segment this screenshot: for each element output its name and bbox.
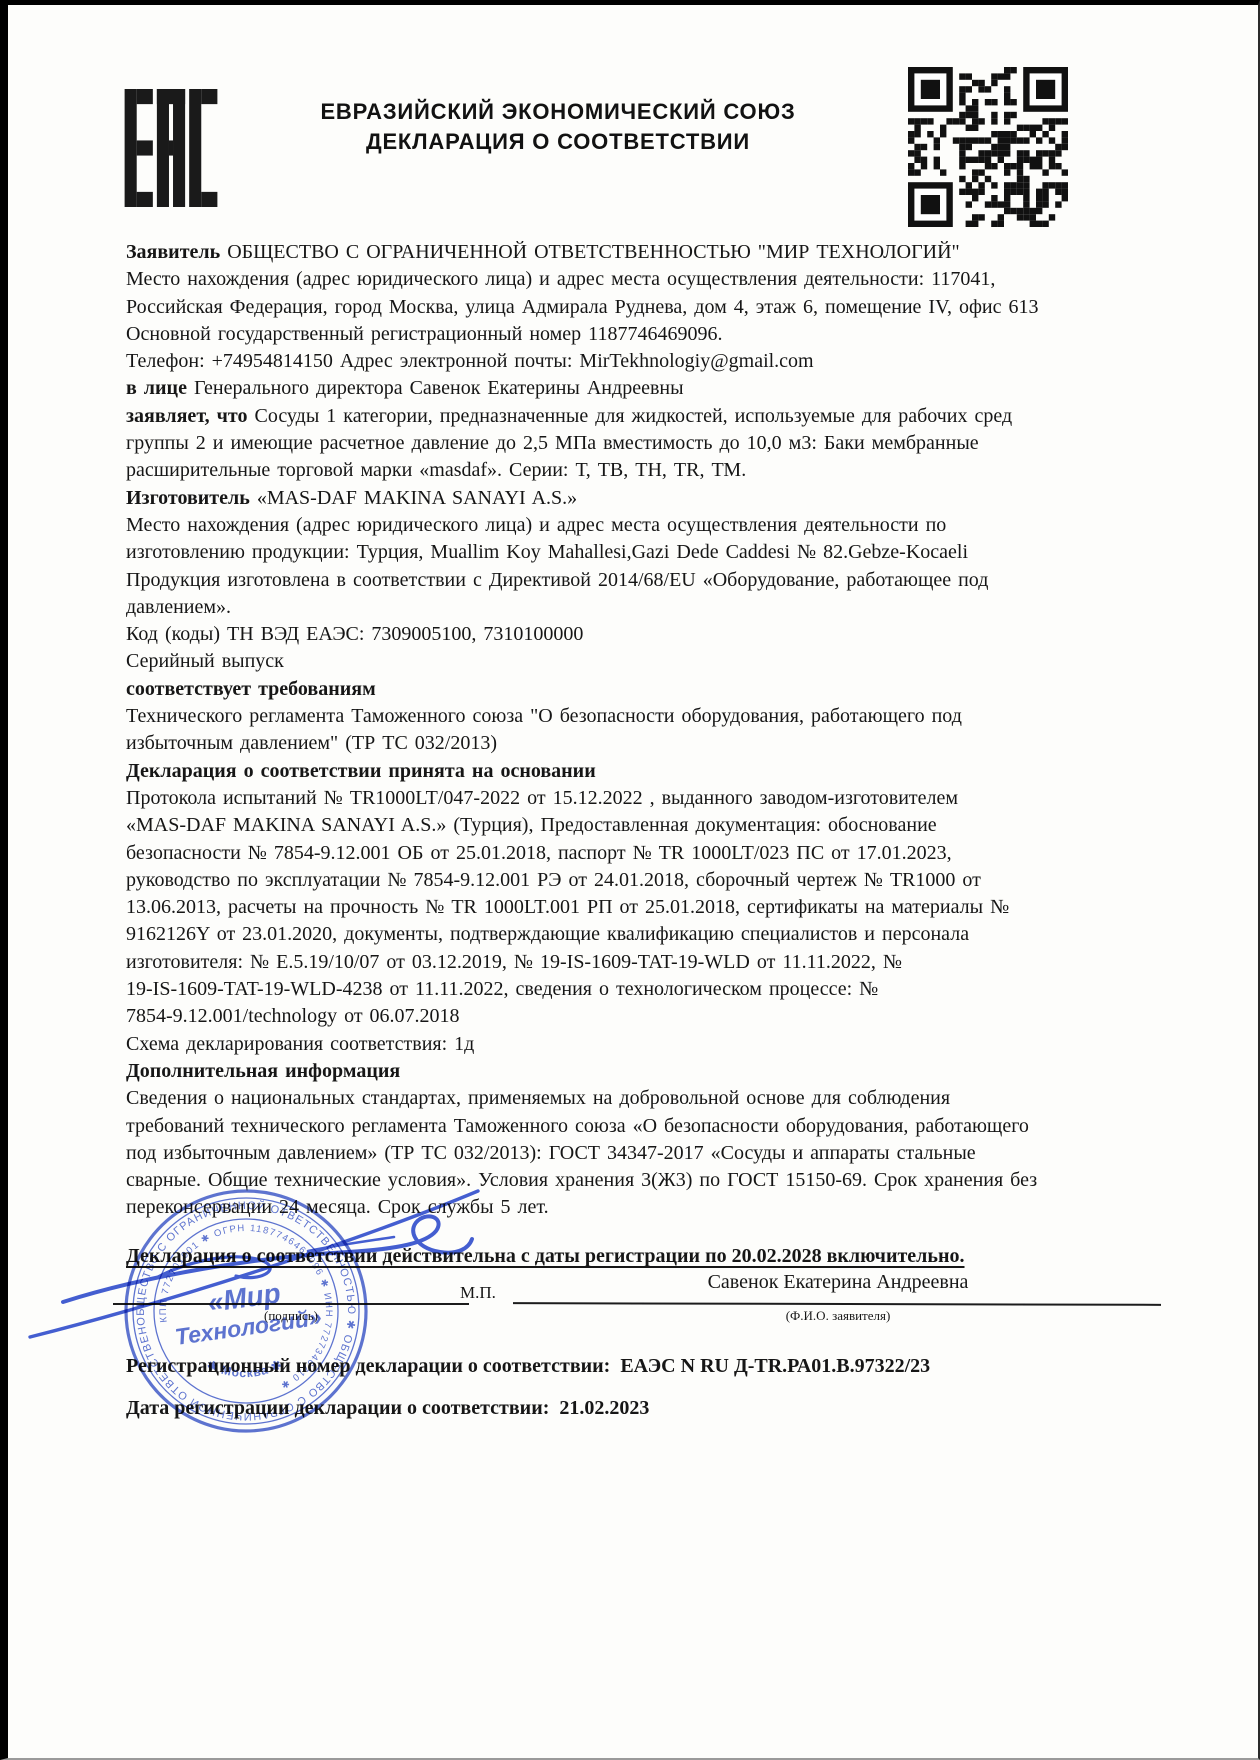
document-title: ЕВРАЗИЙСКИЙ ЭКОНОМИЧЕСКИЙ СОЮЗ ДЕКЛАРАЦИ… (248, 97, 868, 157)
qr-code-icon (908, 67, 1068, 227)
body-line: в лице Генерального директора Савенок Ек… (126, 375, 1166, 402)
body-line: Место нахождения (адрес юридического лиц… (126, 266, 1166, 293)
body-line: Декларация о соответствии принята на осн… (126, 758, 1166, 785)
body-line: 7854-9.12.001/technology от 06.07.2018 (126, 1003, 1166, 1030)
body-line: Продукция изготовлена в соответствии с Д… (126, 567, 1166, 594)
body-line: Технического регламента Таможенного союз… (126, 703, 1166, 730)
body-line: Дополнительная информация (126, 1058, 1166, 1085)
title-line-1: ЕВРАЗИЙСКИЙ ЭКОНОМИЧЕСКИЙ СОЮЗ (248, 97, 868, 127)
svg-text:✱ Москва ✱: ✱ Москва ✱ (203, 1348, 285, 1387)
declaration-page: ЕВРАЗИЙСКИЙ ЭКОНОМИЧЕСКИЙ СОЮЗ ДЕКЛАРАЦИ… (0, 0, 1260, 1760)
body-line: Схема декларирования соответствия: 1д (126, 1031, 1166, 1058)
applicant-name-line (513, 1302, 1161, 1306)
stamp-city-text: ✱ Москва ✱ (203, 1348, 285, 1387)
body-line: расширительные торговой марки «masdaf». … (126, 457, 1166, 484)
registration-date-value: 21.02.2023 (559, 1397, 649, 1419)
body-line: Код (коды) ТН ВЭД ЕАЭС: 7309005100, 7310… (126, 621, 1166, 648)
body-line: Изготовитель «MAS-DAF MAKINA SANAYI A.S.… (126, 485, 1166, 512)
body-line: Российская Федерация, город Москва, улиц… (126, 294, 1166, 321)
stamp-place-label: М.П. (460, 1283, 496, 1303)
body-line: 9162126Y от 23.01.2020, документы, подтв… (126, 921, 1166, 948)
body-line: давлением». (126, 594, 1166, 621)
body-line: под избыточным давлением» (ТР ТС 032/201… (126, 1140, 1166, 1167)
body-line: Протокола испытаний № TR1000LT/047-2022 … (126, 785, 1166, 812)
body-line: 13.06.2013, расчеты на прочность № TR 10… (126, 894, 1166, 921)
body-line: Место нахождения (адрес юридического лиц… (126, 512, 1166, 539)
body-line: Сведения о национальных стандартах, прим… (126, 1085, 1166, 1112)
applicant-name: Савенок Екатерина Андреевна (528, 1271, 1148, 1294)
body-line: изготовлению продукции: Турция, Muallim … (126, 539, 1166, 566)
body-line: 19-IS-1609-TAT-19-WLD-4238 от 11.11.2022… (126, 976, 1166, 1003)
body-line: «MAS-DAF MAKINA SANAYI A.S.» (Турция), П… (126, 812, 1166, 839)
eac-logo-icon (124, 89, 218, 207)
body-text: Заявитель ОБЩЕСТВО С ОГРАНИЧЕННОЙ ОТВЕТС… (126, 239, 1166, 1222)
body-line: группы 2 и имеющие расчетное давление до… (126, 430, 1166, 457)
registration-number-value: ЕАЭС N RU Д-TR.РА01.В.97322/23 (620, 1355, 930, 1377)
body-line: избыточным давлением" (ТР ТС 032/2013) (126, 730, 1166, 757)
body-line: Основной государственный регистрационный… (126, 321, 1166, 348)
title-line-2: ДЕКЛАРАЦИЯ О СООТВЕТСТВИИ (248, 127, 868, 157)
body-line: требований технического регламента Тамож… (126, 1113, 1166, 1140)
body-line: безопасности № 7854-9.12.001 ОБ от 25.01… (126, 840, 1166, 867)
body-line: изготовителя: № Е.5.19/10/07 от 03.12.20… (126, 949, 1166, 976)
body-line: руководство по эксплуатации № 7854-9.12.… (126, 867, 1166, 894)
body-line: Заявитель ОБЩЕСТВО С ОГРАНИЧЕННОЙ ОТВЕТС… (126, 239, 1166, 266)
body-line: соответствует требованиям (126, 676, 1166, 703)
body-line: заявляет, что Сосуды 1 категории, предна… (126, 403, 1166, 430)
body-line: Телефон: +74954814150 Адрес электронной … (126, 348, 1166, 375)
company-stamp: ОБЩЕСТВО С ОГРАНИЧЕННОЙ ОТВЕТСТВЕННОСТЬЮ… (120, 1185, 372, 1437)
body-line: Серийный выпуск (126, 648, 1166, 675)
applicant-name-caption: (Ф.И.О. заявителя) (528, 1308, 1148, 1324)
